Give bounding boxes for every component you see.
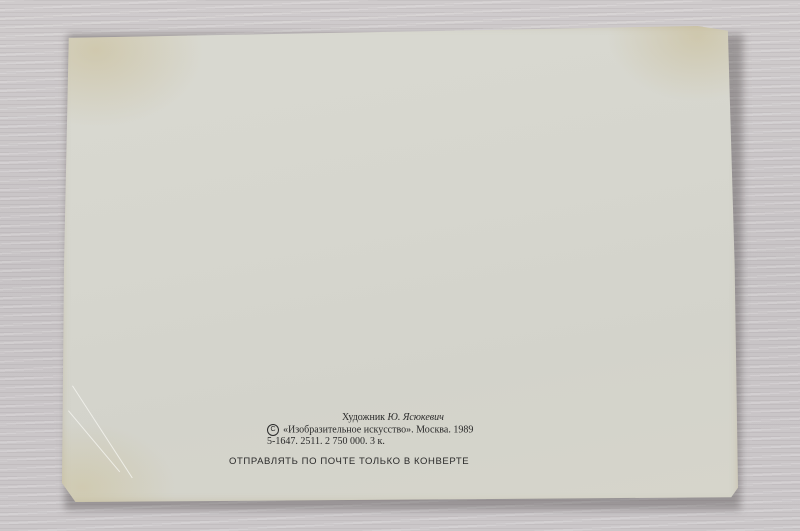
publisher-credit: C«Изобразительное искусство». Москва. 19… [267,424,587,436]
catalog-line: 5-1647. 2511. 2 750 000. 3 к. [267,436,587,448]
postcard-back: Художник Ю. Ясюкевич C«Изобразительное и… [62,26,738,502]
copyright-icon: C [267,424,279,436]
crease-mark [72,385,133,478]
artist-credit: Художник Ю. Ясюкевич [267,412,587,424]
imprint-block: Художник Ю. Ясюкевич C«Изобразительное и… [267,412,587,468]
artist-name: Ю. Ясюкевич [388,412,444,423]
mailing-note: ОТПРАВЛЯТЬ ПО ПОЧТЕ ТОЛЬКО В КОНВЕРТЕ [229,456,587,468]
artist-label: Художник [342,412,385,423]
publisher-line: «Изобразительное искусство». Москва. 198… [283,424,473,435]
